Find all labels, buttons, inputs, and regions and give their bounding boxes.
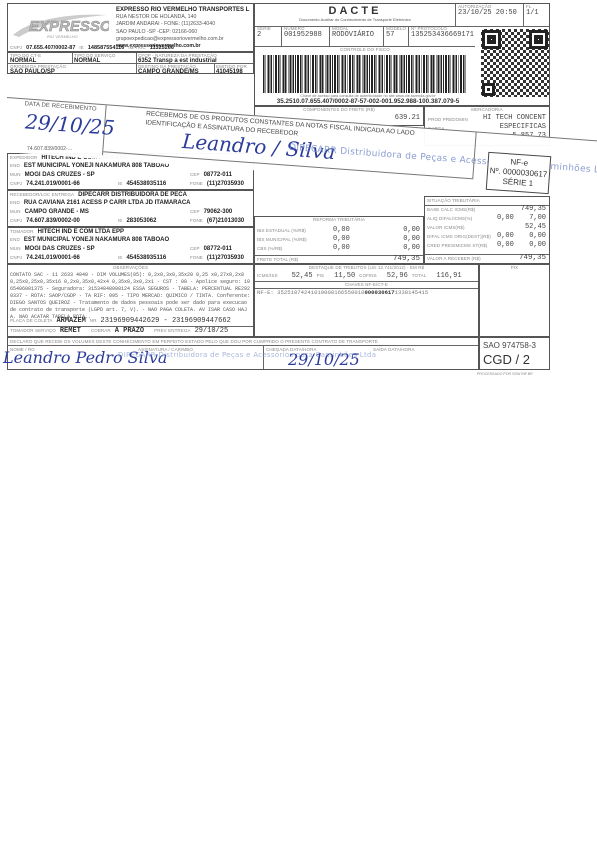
difal-orig: 0,00 [497, 232, 514, 240]
expedidor-cnpj: 74.241.019/0001-66 [26, 181, 80, 187]
observacoes-box: OBSERVAÇÕES CONTATO SAC - 11 2633 4040 -… [7, 264, 254, 337]
identification-row: SÉRIE2 NÚMERO001952988 MODALRODOVIÁRIO M… [255, 26, 475, 46]
frete-total: 749,35 [393, 255, 420, 263]
company-im: 11325266 [150, 45, 174, 51]
recebedor-box: RECEBEDOR/LOC ENTREGADIPECARR DISTRIBUID… [7, 190, 254, 227]
expedidor-ie: 454538935116 [126, 181, 166, 187]
processed-by: PROCESSADO POR SSW INF.BR [477, 372, 533, 376]
recebedor-cnpj: 74.607.839/0002-00 [26, 218, 80, 224]
observacoes-text: CONTATO SAC - 11 2633 4040 - DIM VOLUMES… [10, 272, 252, 321]
receipt-date-handwritten: 29/10/25 [24, 109, 105, 139]
tributo-cofins: 52,96 [387, 272, 408, 280]
route-box: SAO 974758-3 CGD / 2 [479, 337, 550, 370]
protocolo: 135253436669171 [411, 31, 474, 39]
tomador-cnpj: 74.241.019/0001-66 [26, 255, 80, 261]
expedidor-phone: (11)27035930 [207, 181, 244, 187]
nfe-key[interactable]: NF-E: 3525107424101900016655001000003061… [257, 289, 428, 296]
expedidor-city: MOGI DAS CRUZES - SP [25, 172, 95, 178]
recebedor-ie: 283053062 [126, 218, 156, 224]
dacte-header-box: DACTE Documento Auxiliar do Conhecimento… [254, 3, 550, 106]
recebedor-city: CAMPO GRANDE - MS [25, 209, 89, 215]
company-email: grupoexpedicao@expressoriovermelho.com.b… [116, 36, 249, 43]
aliquota: 7,00 [529, 214, 546, 222]
access-key: 35.2510.07.655.407/0002-87-57-002-001.95… [255, 98, 481, 105]
serie: 2 [257, 31, 271, 39]
tomador-address: EST MUNICIPAL YONEJI NAKAMURA 808 TABOAO [24, 237, 169, 243]
coleta-numbers: 23196909442629 - 23196909447662 [101, 317, 231, 325]
tomador-city: MOGI DAS CRUZES - SP [25, 246, 95, 252]
tributo-total: 116,91 [436, 272, 461, 280]
cobrar: A PRAZO [115, 327, 144, 335]
reforma-box: REFORMA TRIBUTÁRIA IBS ESTADUAL (%/R$)0,… [254, 216, 424, 264]
emitido-por: 41045198 [216, 69, 247, 75]
company-ids: CNPJ 07.655.407/0002-87 IE 148587554116 … [10, 45, 174, 51]
origem: SAO PAULO/SP [10, 69, 66, 75]
partial-cnpj: 74.607.839/0002-... [27, 146, 72, 152]
recebedor-phone: (67)21013030 [207, 218, 244, 224]
expedidor-cep: 08772-011 [204, 172, 232, 178]
footer-box: DECLARO QUE RECEBI OS VOLUMES DESTE CONH… [7, 337, 479, 370]
components-value: 639.21 [395, 114, 420, 122]
tributo-pis: 11,50 [334, 272, 355, 280]
recebedor-name: DIPECARR DISTRIBUIDORA DE PECA [78, 192, 187, 198]
barcode [263, 55, 467, 93]
cargo-type: ESPECIFICAS [500, 123, 546, 131]
dacte-title: DACTE [255, 5, 455, 17]
reforma-row: CBS (%/R$)0,000,00 [255, 244, 423, 253]
company-name: EXPRESSO RIO VERMELHO TRANSPORTES L [116, 7, 249, 14]
previsao-entrega: 29/10/25 [195, 327, 229, 335]
company-ie: 148587554116 [88, 45, 124, 51]
route-destination: CGD / 2 [483, 352, 530, 367]
placa-coleta: ARMAZEM [56, 317, 85, 325]
pix-box: PIX [479, 264, 550, 337]
svg-text:RIO VERMELHO: RIO VERMELHO [47, 34, 78, 39]
company-city: SAO PAULO -SP -CEP: 02166-060 [116, 29, 249, 36]
expedidor-address: EST MUNICIPAL YONEJI NAKAMURA 808 TABOAO [24, 163, 169, 169]
company-info: EXPRESSO RIO VERMELHO TRANSPORTES L RUA … [116, 7, 249, 50]
cred-pres-b: 0,00 [529, 241, 546, 249]
tomador-phone: (11)27035930 [207, 255, 244, 261]
company-logo: EXPRESSO RIO VERMELHO [11, 9, 109, 43]
difal-dest: 0,00 [529, 232, 546, 240]
cte-number: 001952988 [284, 31, 322, 39]
qr-code[interactable] [481, 29, 549, 97]
recebedor-cep: 79062-300 [204, 209, 233, 215]
company-cnpj: 07.655.407/0002-87 [26, 45, 75, 51]
page-number: 1/1 [526, 9, 539, 17]
svg-text:EXPRESSO: EXPRESSO [29, 18, 109, 35]
reforma-row: IBS ESTADUAL (%/R$)0,000,00 [255, 226, 423, 235]
valor-receber: 749,35 [519, 254, 546, 262]
modal: RODOVIÁRIO [332, 31, 374, 39]
tipo-servico: NORMAL [74, 58, 115, 64]
route-code: SAO 974758-3 [483, 341, 536, 350]
tomador-servico: REMET [60, 327, 81, 335]
recebedor-address: RUA CAVIANA 2161 ACESS P CARR LTDA JD IT… [24, 200, 191, 206]
valor-icms: 52,45 [525, 223, 546, 231]
tributaria-box: SITUAÇÃO TRIBUTÁRIA BASE CALC ICMS(R$) 7… [424, 196, 550, 264]
dacte-subtitle: Documento Auxiliar do Conhecimento de Tr… [255, 17, 455, 22]
tomador-name: HITECH IND E COM LTDA EPP [38, 229, 124, 235]
reforma-row: IBS MUNICIPAL (%/R$)0,000,00 [255, 235, 423, 244]
company-district-phone: JARDIM ANDARAI - FONE: (11)2633-4040 [116, 21, 249, 28]
nfe-reference-box: NF-e Nº. 0000030617 SÉRIE 1 [486, 152, 551, 194]
authorization-datetime: 23/10/25 20:50 [458, 9, 517, 17]
tomador-box: TOMADORHITECH IND E COM LTDA EPP ENDEST … [7, 227, 254, 264]
tributos-box: DESTAQUE DE TRIBUTOS (Lei 12.741/2012) -… [254, 264, 479, 337]
dacte-document: EXPRESSO RIO VERMELHO EXPRESSO RIO VERME… [7, 3, 587, 398]
company-address: RUA NESTOR DE HOLANDA, 140 [116, 14, 249, 21]
base-calculo: 749,35 [521, 205, 546, 213]
tomador-cep: 08772-011 [204, 246, 232, 252]
tomador-ie: 454538935116 [126, 255, 166, 261]
cargo-product: HI TECH CONCENT [483, 114, 546, 122]
destino: CAMPO GRANDE/MS [138, 69, 199, 75]
company-box: EXPRESSO RIO VERMELHO EXPRESSO RIO VERME… [7, 3, 254, 52]
service-box: TIPO DO CT-ENORMAL TIPO DO SERVIÇONORMAL… [7, 52, 254, 74]
cred-pres-a: 0,00 [497, 241, 514, 249]
tributo-icms: 52,45 [292, 272, 313, 280]
modelo: 57 [386, 31, 406, 39]
aliq-difal: 0,00 [497, 214, 514, 222]
arrival-date-handwritten: 29/10/25 [288, 350, 360, 369]
